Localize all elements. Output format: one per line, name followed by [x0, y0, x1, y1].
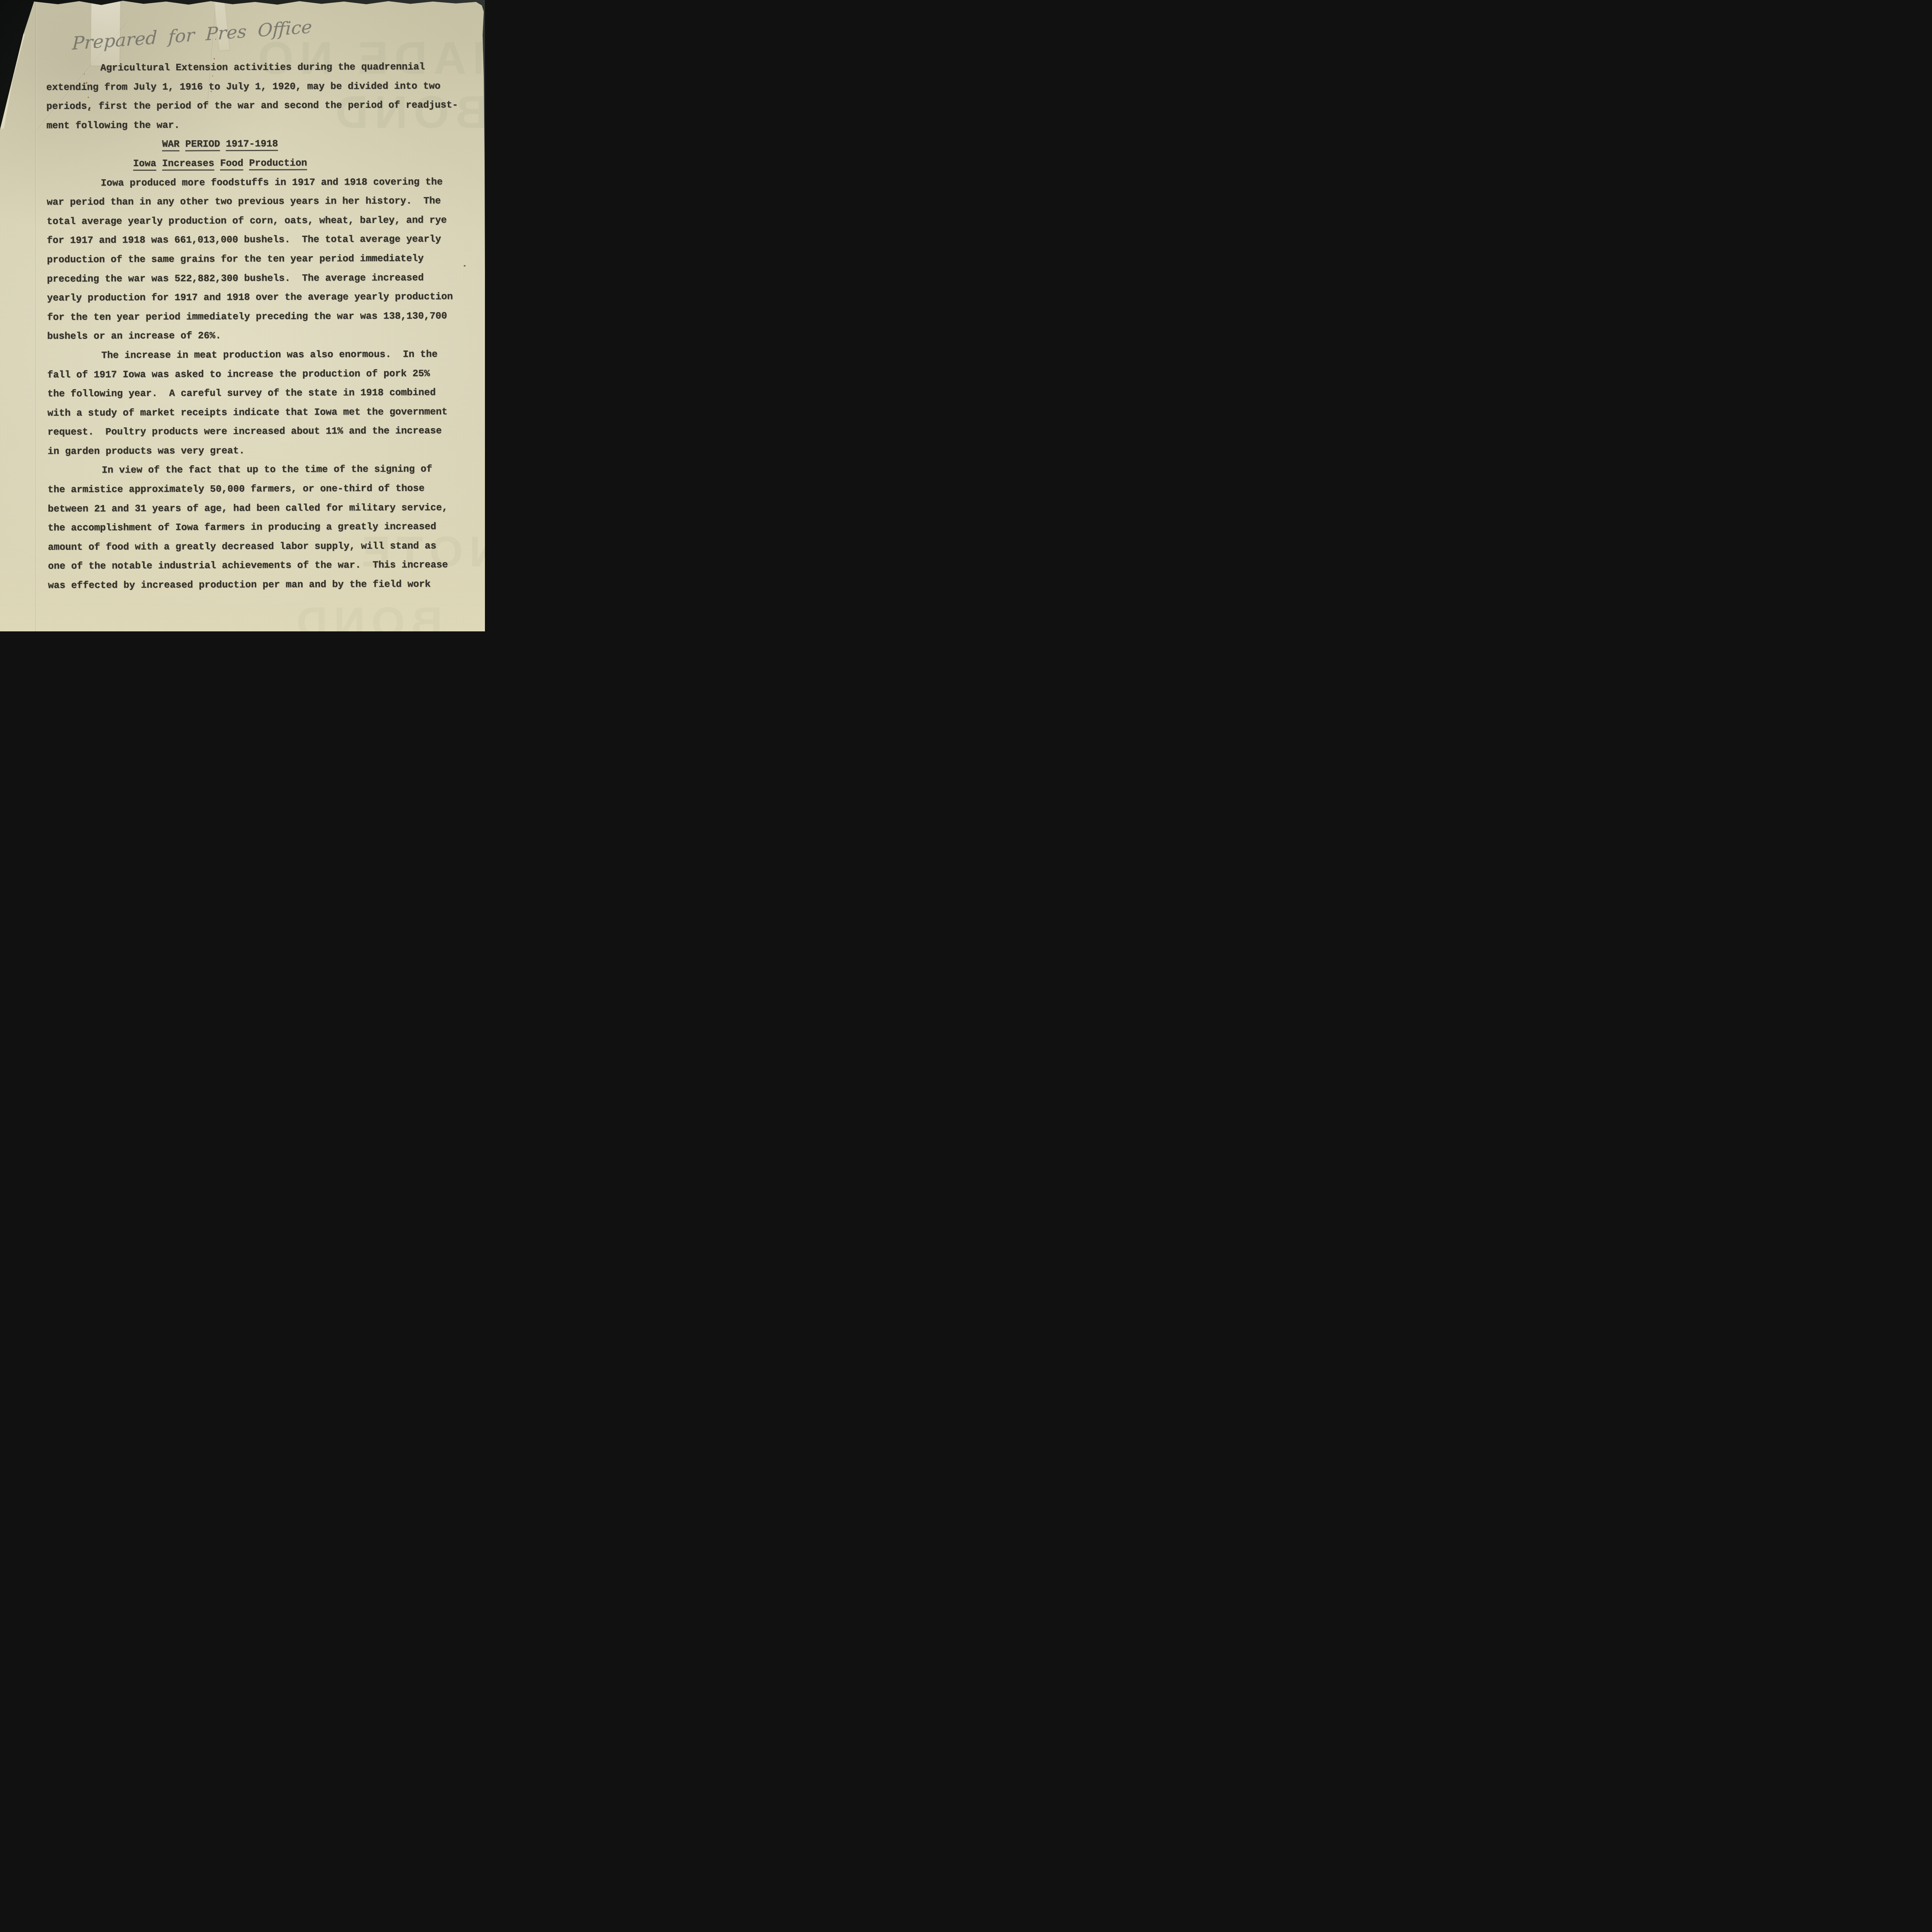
typed-line: for 1917 and 1918 was 661,013,000 bushel…	[47, 230, 468, 250]
typed-line: between 21 and 31 years of age, had been…	[48, 498, 469, 519]
typed-line: request. Poultry products were increased…	[48, 421, 469, 442]
typed-line: periods, first the period of the war and…	[46, 95, 468, 116]
typed-line: in garden products was very great.	[48, 440, 469, 461]
typed-line: yearly production for 1917 and 1918 over…	[47, 287, 468, 308]
typed-line: the following year. A careful survey of …	[48, 383, 469, 403]
typed-line: amount of food with a greatly decreased …	[48, 536, 469, 557]
scanned-document-photo: MADE NO BOND NOTE BOND Prepared for Pres…	[0, 0, 485, 631]
typed-line: In view of the fact that up to the time …	[48, 460, 469, 480]
typed-text-block: Agricultural Extension activities during…	[46, 57, 469, 595]
typed-line: one of the notable industrial achievemen…	[48, 556, 469, 576]
watermark-ghost-text: BOND	[290, 601, 442, 631]
typed-line: the armistice approximately 50,000 farme…	[48, 479, 469, 499]
typed-line: was effected by increased production per…	[48, 575, 469, 595]
typed-line: with a study of market receipts indicate…	[48, 402, 469, 423]
section-heading-iowa-food-production: Iowa Increases Food Production	[46, 153, 468, 173]
typed-line: war period than in any other two previou…	[47, 191, 468, 212]
typed-line: total average yearly production of corn,…	[47, 211, 468, 231]
typed-line: The increase in meat production was also…	[47, 345, 468, 365]
typed-line: production of the same grains for the te…	[47, 249, 468, 269]
typed-line: for the ten year period immediately prec…	[47, 306, 468, 327]
typed-line: the accomplishment of Iowa farmers in pr…	[48, 517, 469, 537]
typed-line: Iowa produced more foodstuffs in 1917 an…	[47, 172, 468, 193]
typed-line: preceding the war was 522,882,300 bushel…	[47, 268, 468, 289]
vertical-fold-crease	[35, 0, 37, 631]
paper-sheet: MADE NO BOND NOTE BOND Prepared for Pres…	[0, 0, 485, 631]
typed-line: extending from July 1, 1916 to July 1, 1…	[46, 77, 468, 97]
typed-line: bushels or an increase of 26%.	[47, 325, 468, 346]
typed-line: ment following the war.	[46, 115, 468, 135]
typed-line: fall of 1917 Iowa was asked to increase …	[47, 364, 468, 384]
section-heading-war-period: WAR PERIOD 1917-1918	[46, 134, 468, 154]
typed-line: Agricultural Extension activities during…	[46, 57, 468, 78]
torn-corner-flap	[0, 2, 28, 131]
rust-stain	[59, 2, 60, 4]
